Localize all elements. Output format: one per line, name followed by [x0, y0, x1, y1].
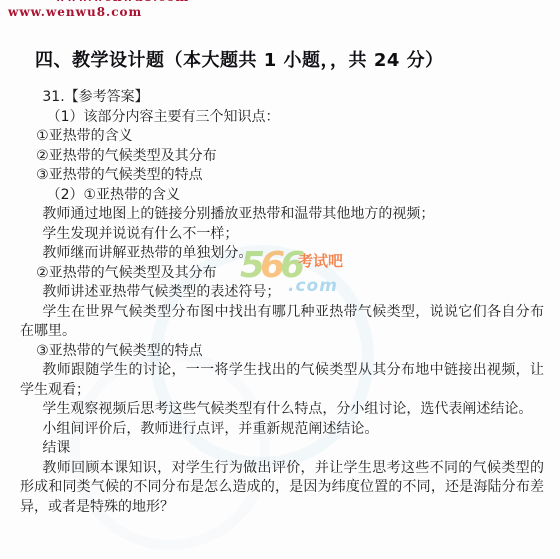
answer-body: 31.【参考答案】 （1）该部分内容主要有三个知识点： ①亚热带的含义 ②亚热带…	[20, 88, 544, 517]
answer-paragraph: ③亚热带的气候类型的特点	[20, 342, 544, 362]
answer-paragraph: ②亚热带的气候类型及其分布	[20, 147, 544, 167]
site-watermark: www.wenwu8.com	[8, 5, 142, 19]
answer-paragraph: （2）①亚热带的含义	[20, 186, 544, 206]
answer-paragraph: 学生观察视频后思考这些气候类型有什么特点，分小组讨论，选代表阐述结论。	[20, 400, 544, 420]
answer-paragraph: 学生在世界气候类型分布图中找出有哪几种亚热带气候类型，说说它们各自分布在哪里。	[20, 303, 544, 342]
scanned-answer-page: www.wenwu8.com www.wenwu8.com 四、教学设计题（本大…	[0, 0, 560, 559]
answer-paragraph: 小组间评价后，教师进行点评，并重新规范阐述结论。	[20, 420, 544, 440]
answer-paragraph: 31.【参考答案】	[20, 88, 544, 108]
site-watermark-clipped: www.wenwu8.com	[55, 0, 189, 4]
answer-paragraph: 教师回顾本课知识，对学生行为做出评价，并让学生思考这些不同的气候类型的形成和同类…	[20, 459, 544, 518]
answer-paragraph: 教师讲述亚热带气候类型的表述符号；	[20, 283, 544, 303]
answer-paragraph: ①亚热带的含义	[20, 127, 544, 147]
answer-paragraph: 教师跟随学生的讨论，一一将学生找出的气候类型从其分布地中链接出视频，让学生观看；	[20, 361, 544, 400]
answer-paragraph: ②亚热带的气候类型及其分布	[20, 264, 544, 284]
answer-paragraph: 教师继而讲解亚热带的单独划分。	[20, 244, 544, 264]
answer-paragraph: 学生发现并说说有什么不一样；	[20, 225, 544, 245]
answer-paragraph: ③亚热带的气候类型的特点	[20, 166, 544, 186]
answer-paragraph: 结课	[20, 439, 544, 459]
answer-paragraph: 教师通过地图上的链接分别播放亚热带和温带其他地方的视频；	[20, 205, 544, 225]
answer-paragraph: （1）该部分内容主要有三个知识点：	[20, 108, 544, 128]
section-heading: 四、教学设计题（本大题共 1 小题，，共 24 分）	[35, 46, 444, 72]
